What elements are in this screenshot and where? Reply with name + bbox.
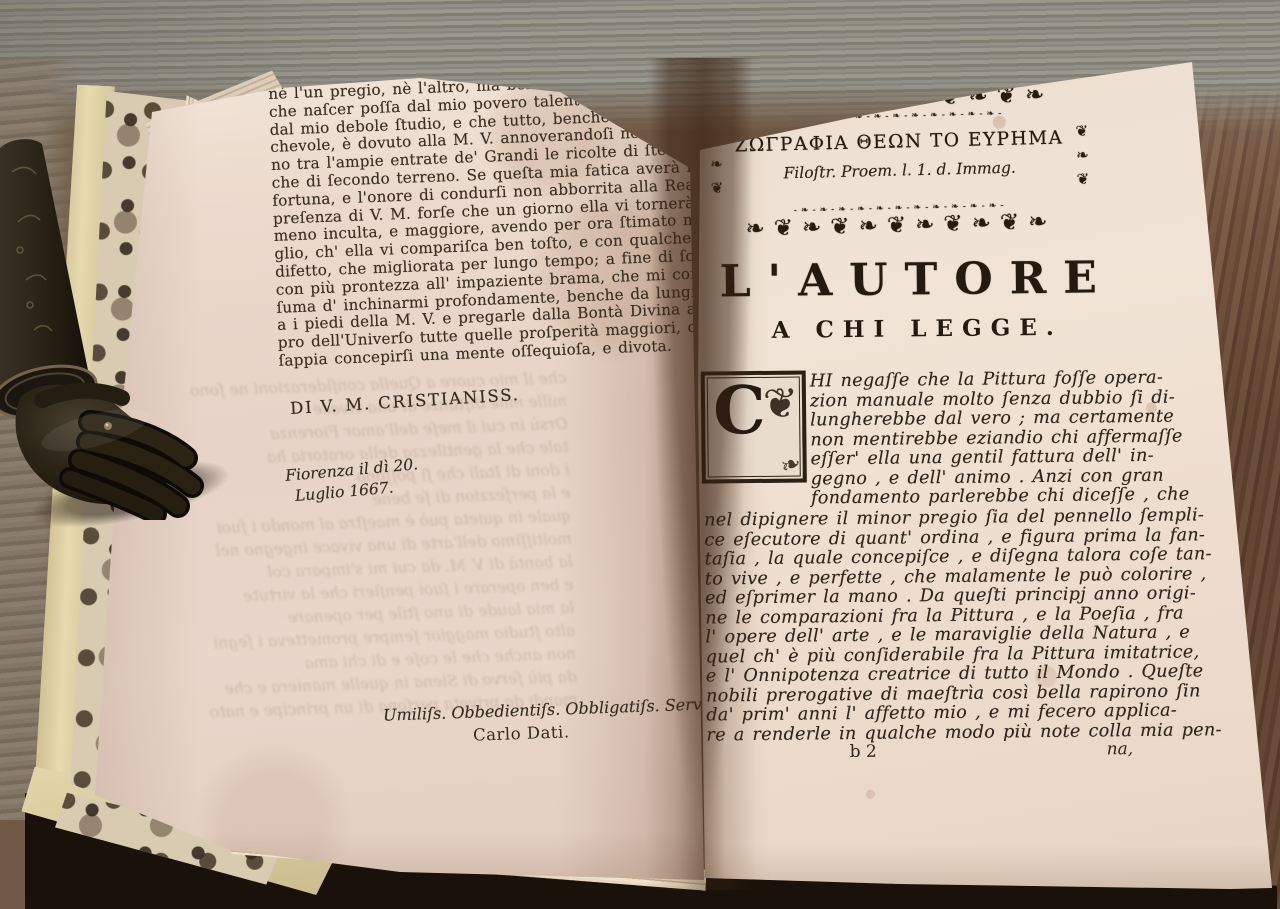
epigraph-source: Filoſtr. Proem. l. 1. d. Immag. xyxy=(730,157,1070,183)
letter-signature: Carlo Dati. xyxy=(473,722,570,744)
hand-thumb xyxy=(42,391,122,400)
woodcut-drop-cap: ❦ ❧ C xyxy=(701,370,807,483)
body-paragraph-indented: HI negaſſe che la Pittura foſſe opera-zi… xyxy=(810,368,1190,509)
ring-stud-highlight xyxy=(106,424,109,427)
body-paragraph-full: nel dipignere il minor pregio ſia del pe… xyxy=(704,506,1222,746)
right-page: ❧❦❧❦❧❦❧❦❧❦❧ -❧-❧-❧-❧-❧-❧-❧-❧-❧-❧-❧- ❦❧❦ … xyxy=(695,55,1280,895)
photo-of-open-book: che il mio cuore a Quella conſiderazioni… xyxy=(0,0,1280,909)
drop-cap-flourish-icon: ❧ xyxy=(776,448,805,481)
fleuron-column-left: ❦❧❦ xyxy=(703,126,731,209)
page-subtitle: A CHI LEGGE. xyxy=(697,313,1137,345)
signature-line: b 2 na, xyxy=(702,739,1172,768)
gathering-signature-mark: b 2 xyxy=(850,742,877,762)
drop-cap-eagle-flourish-icon: ❦ xyxy=(763,379,799,428)
fleuron-column-right: ❦❧❦ xyxy=(1068,117,1096,200)
right-page-content: ❧❦❧❦❧❦❧❦❧❦❧ -❧-❧-❧-❧-❧-❧-❧-❧-❧-❧-❧- ❦❧❦ … xyxy=(695,55,1280,895)
drop-cap-letter: C xyxy=(713,377,766,444)
page-title: L'AUTORE xyxy=(696,252,1137,308)
catchword: na, xyxy=(1107,739,1134,759)
bronze-hand-pageweight xyxy=(0,130,210,520)
hand-sleeve xyxy=(0,139,90,398)
